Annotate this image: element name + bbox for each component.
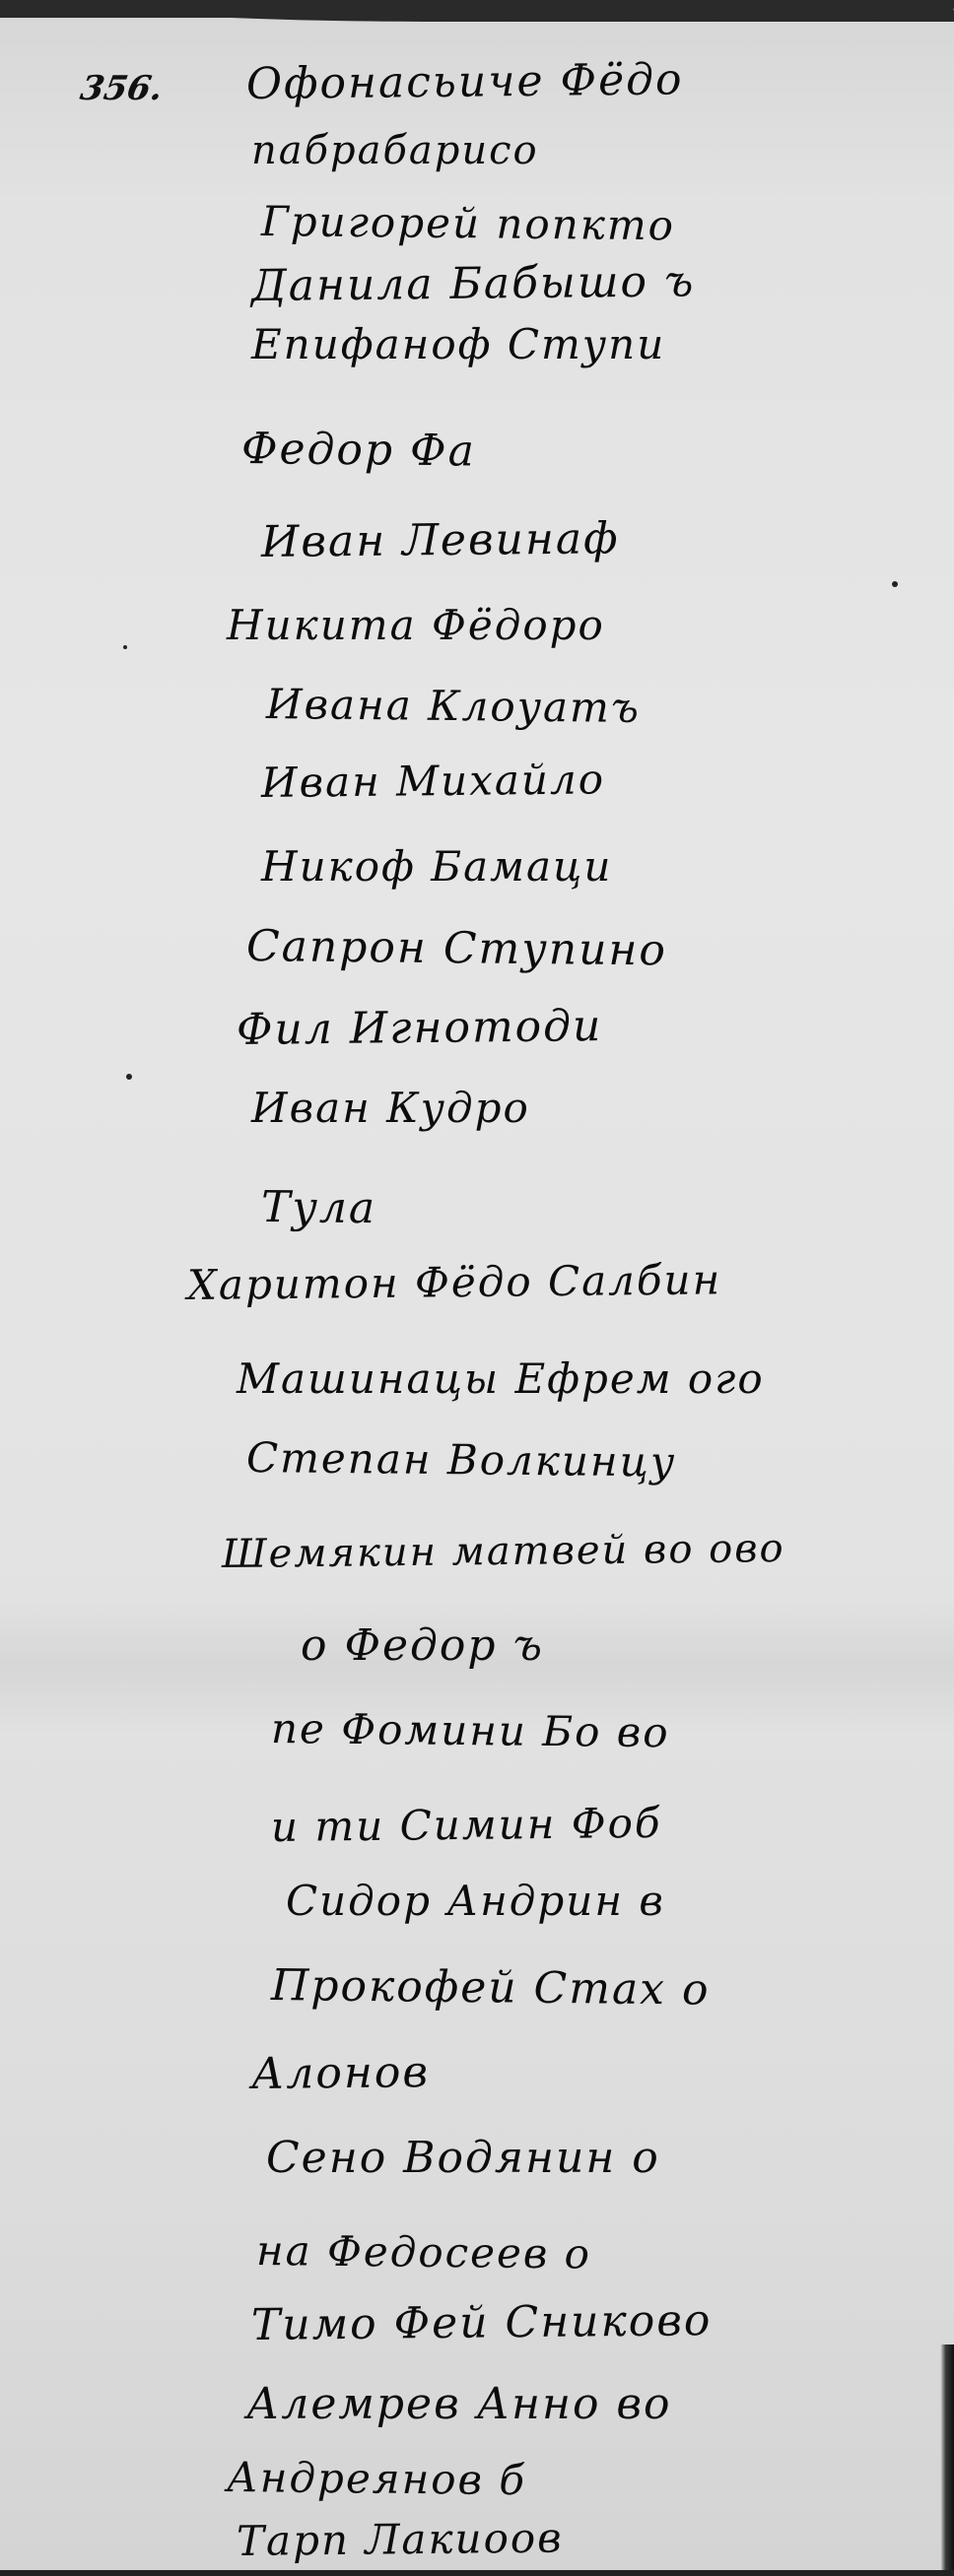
ink-speck — [892, 581, 898, 587]
manuscript-page: 356. Офонасьиче ФёдопабрабарисоГригорей … — [0, 0, 954, 2576]
manuscript-line: Степан Волкинцу — [246, 1433, 677, 1486]
manuscript-line: Харитон Фёдо Салбин — [187, 1255, 722, 1309]
manuscript-line: Григорей попкто — [261, 197, 675, 249]
manuscript-line: Машинацы Ефрем ого — [237, 1354, 765, 1403]
manuscript-line: Офонасьиче Фёдо — [246, 54, 684, 109]
manuscript-line: пабрабарисо — [251, 128, 539, 173]
manuscript-line: Иван Кудро — [251, 1084, 530, 1132]
manuscript-line: Сидор Андрин в — [286, 1877, 665, 1925]
manuscript-line: Никоф Бамаци — [261, 842, 612, 891]
manuscript-line: Ивана Клоуатъ — [266, 680, 641, 732]
page-number: 356. — [77, 69, 166, 108]
ink-speck — [126, 1074, 132, 1080]
manuscript-line: Андреянов б — [227, 2453, 527, 2504]
manuscript-line: Сапрон Ступино — [246, 921, 667, 975]
manuscript-line: Тула — [261, 1182, 377, 1233]
manuscript-line: Данила Бабышо ъ — [251, 256, 696, 311]
manuscript-line: Шемякин матвей во ово — [222, 1526, 785, 1577]
manuscript-line: на Федосеев о — [256, 2226, 591, 2279]
manuscript-line: Епифаноф Ступи — [251, 320, 665, 368]
manuscript-line: о Федор ъ — [301, 1620, 544, 1671]
scan-right-edge — [940, 2345, 954, 2576]
manuscript-line: Никита Фёдоро — [227, 601, 605, 649]
manuscript-line: Иван Левинаф — [261, 513, 620, 567]
manuscript-line: Прокофей Стах о — [271, 1960, 711, 2015]
scan-top-edge — [0, 0, 954, 18]
manuscript-line: Фил Игнотоди — [237, 1001, 603, 1055]
manuscript-line: Федор Фа — [241, 424, 476, 476]
manuscript-line: Алемрев Анно во — [246, 2379, 672, 2429]
manuscript-line: пе Фомини Бо во — [271, 1704, 670, 1756]
manuscript-line: Тарп Лакиоов — [237, 2514, 564, 2565]
manuscript-line: Тимо Фей Сниково — [251, 2295, 713, 2350]
scan-bottom-edge — [0, 2570, 954, 2576]
manuscript-line: Иван Михайло — [261, 755, 605, 807]
manuscript-line: Сено Водянин о — [266, 2133, 660, 2183]
manuscript-line: и ти Симин Фоб — [271, 1799, 662, 1851]
manuscript-line: Алонов — [251, 2047, 430, 2099]
ink-speck — [123, 645, 127, 649]
